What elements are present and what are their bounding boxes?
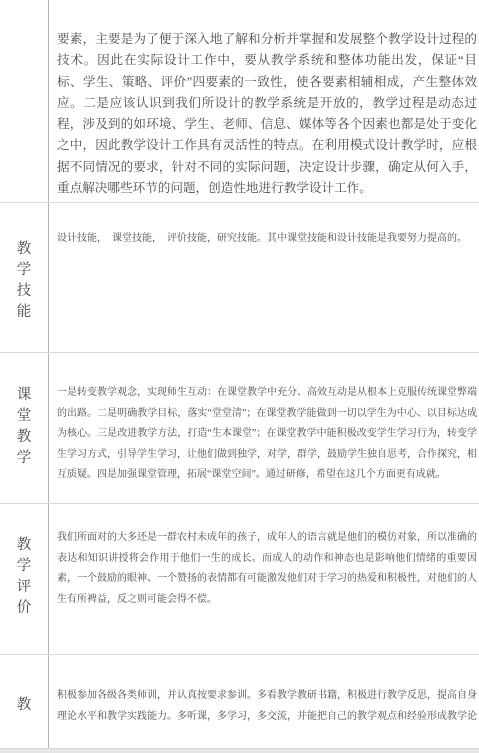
row-label-teaching-research-partial: 教 [16,695,32,716]
table-row-divider-2 [0,352,479,353]
row-label-teaching-skills: 教学技能 [16,239,32,323]
paragraph-teacher-training: 积极参加各级各类师训，并认真按要求参训。多看教学教研书籍，积极进行教学反思，提高… [57,686,477,727]
paragraph-classroom-teaching: 一是转变教学观念，实现师生互动：在课堂教学中充分、高效互动是从根本上克服传统课堂… [57,383,477,486]
row-label-teaching-evaluation: 教学评价 [16,535,32,619]
table-column-divider [48,0,49,749]
paragraph-teaching-evaluation: 我们所面对的大多还是一群农村未成年的孩子，成年人的语言就是他们的模仿对象，所以准… [57,528,477,610]
table-row-divider-3 [0,503,479,504]
document-page: 要素，主要是为了便于深入地了解和分析并掌握和发展整个教学设计过程的技术。因此在实… [0,0,479,753]
row-label-classroom-teaching: 课堂教学 [16,385,32,469]
table-row-divider-4 [0,654,479,655]
paragraph-teaching-skills: 设计技能， 课堂技能， 评价技能，研究技能。其中课堂技能和设计技能是我要努力提高… [57,229,477,250]
table-row-divider-1 [0,202,479,203]
page-bottom-edge [0,748,479,753]
paragraph-teaching-design: 要素，主要是为了便于深入地了解和分析并掌握和发展整个教学设计过程的技术。因此在实… [57,29,477,199]
